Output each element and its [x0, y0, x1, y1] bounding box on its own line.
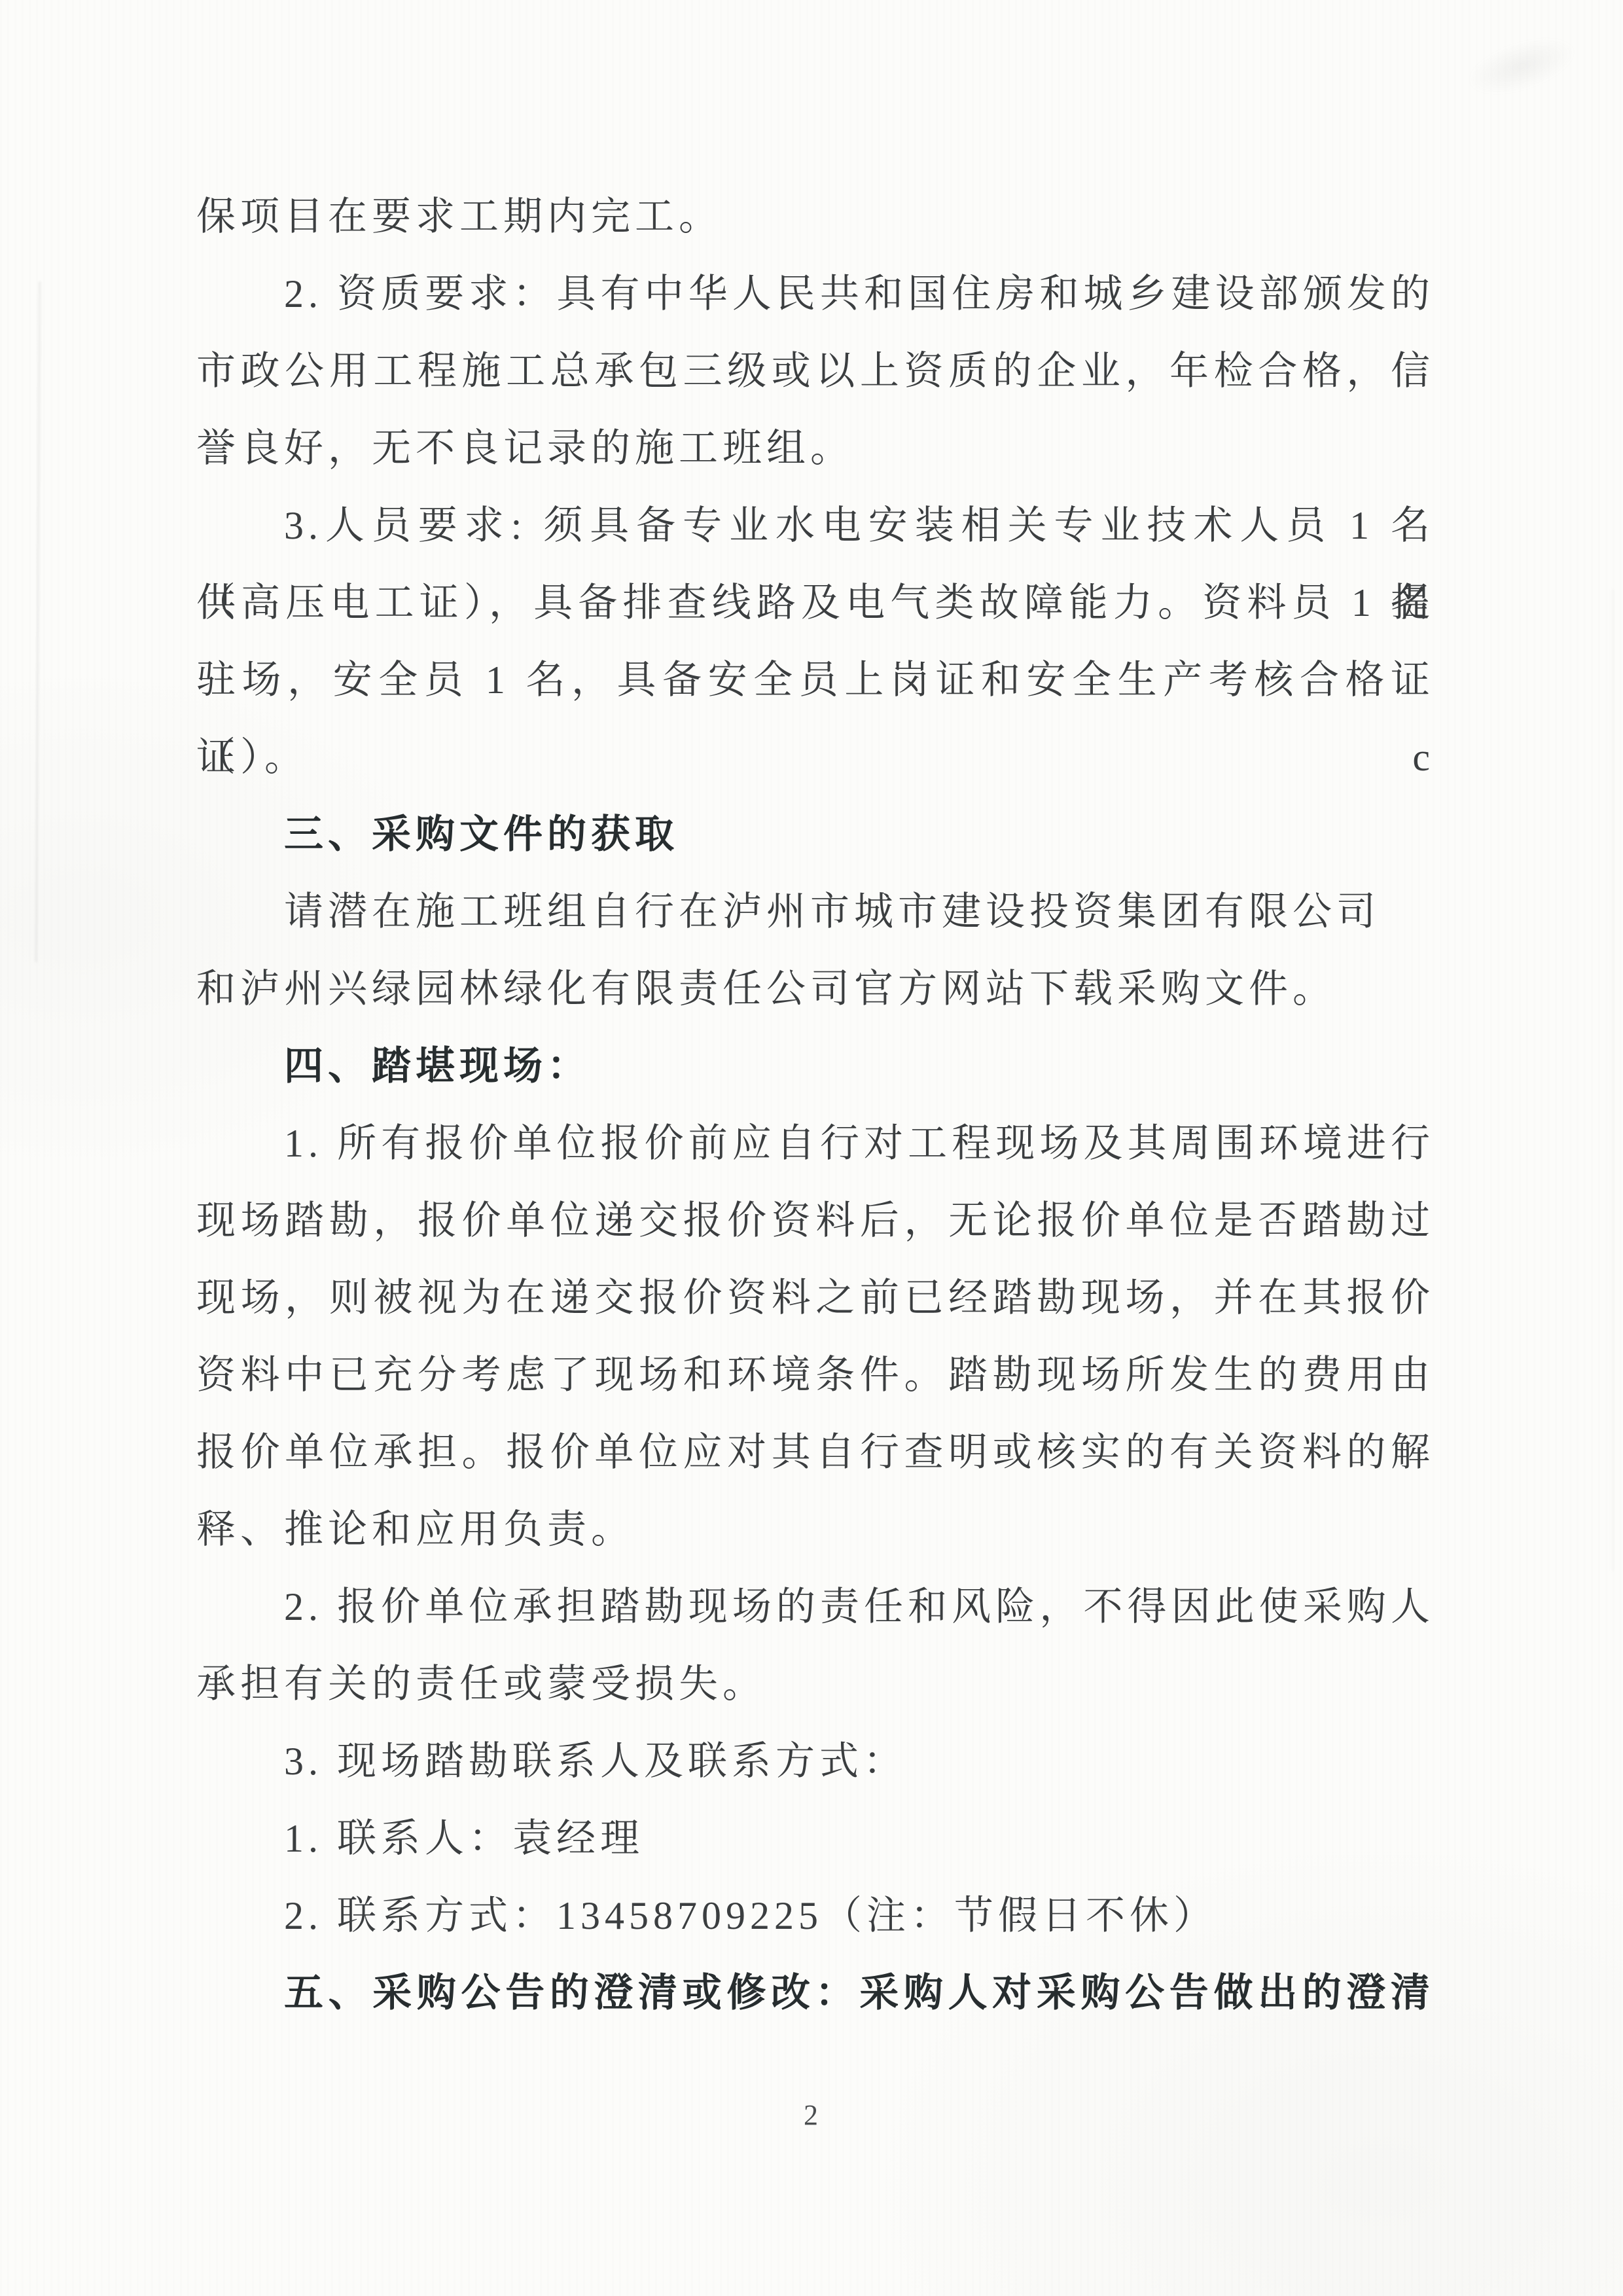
- scan-streak-artifact: [35, 281, 41, 962]
- text-line: 承担有关的责任或蒙受损失。: [196, 1645, 1435, 1723]
- scan-streak-artifact: [1612, 589, 1614, 1571]
- scan-smudge-artifact: [1461, 27, 1581, 105]
- text-line: 供高压电工证），具备排查线路及电气类故障能力。资料员 1 名: [196, 564, 1435, 641]
- text-line: 请潜在施工班组自行在泸州市城市建设投资集团有限公司: [196, 873, 1435, 950]
- text-line: 现场，则被视为在递交报价资料之前已经踏勘现场，并在其报价: [196, 1259, 1435, 1336]
- section-heading-line: 三、采购文件的获取: [196, 796, 1435, 873]
- text-line: 1. 联系人：袁经理: [196, 1800, 1435, 1877]
- text-line: 市政公用工程施工总承包三级或以上资质的企业，年检合格，信: [196, 332, 1435, 410]
- text-line: 1. 所有报价单位报价前应自行对工程现场及其周围环境进行: [196, 1105, 1435, 1182]
- text-line: 和泸州兴绿园林绿化有限责任公司官方网站下载采购文件。: [196, 950, 1435, 1028]
- scanned-document-page: 保项目在要求工期内完工。2. 资质要求：具有中华人民共和国住房和城乡建设部颁发的…: [0, 0, 1623, 2296]
- page-number: 2: [0, 2098, 1623, 2132]
- section-heading-line: 五、采购公告的澄清或修改：采购人对采购公告做出的澄清: [196, 1954, 1435, 2032]
- page-body: 保项目在要求工期内完工。2. 资质要求：具有中华人民共和国住房和城乡建设部颁发的…: [196, 178, 1435, 2032]
- text-line: 3.人员要求: 须具备专业水电安装相关专业技术人员 1 名（提: [196, 487, 1435, 564]
- text-line: 释、推论和应用负责。: [196, 1491, 1435, 1568]
- text-line: 保项目在要求工期内完工。: [196, 178, 1435, 255]
- text-line: 3. 现场踏勘联系人及联系方式：: [196, 1723, 1435, 1800]
- text-line: 驻场，安全员 1 名，具备安全员上岗证和安全生产考核合格证（c: [196, 641, 1435, 719]
- section-heading-line: 四、踏堪现场：: [196, 1028, 1435, 1105]
- text-line: 2. 资质要求：具有中华人民共和国住房和城乡建设部颁发的: [196, 255, 1435, 332]
- text-line: 报价单位承担。报价单位应对其自行查明或核实的有关资料的解: [196, 1414, 1435, 1491]
- text-line: 誉良好，无不良记录的施工班组。: [196, 410, 1435, 487]
- text-line: 现场踏勘，报价单位递交报价资料后，无论报价单位是否踏勘过: [196, 1182, 1435, 1259]
- text-line: 2. 报价单位承担踏勘现场的责任和风险，不得因此使采购人: [196, 1568, 1435, 1645]
- text-line: 2. 联系方式：13458709225（注：节假日不休）: [196, 1877, 1435, 1954]
- text-line: 资料中已充分考虑了现场和环境条件。踏勘现场所发生的费用由: [196, 1336, 1435, 1414]
